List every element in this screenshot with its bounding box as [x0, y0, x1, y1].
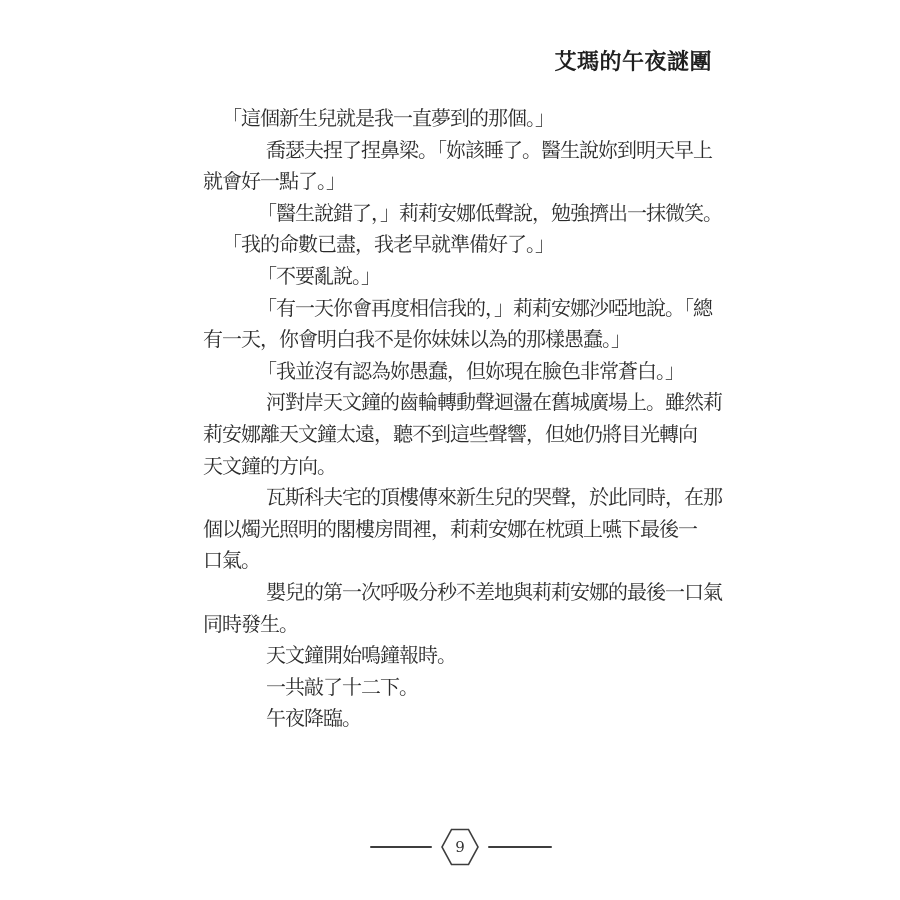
text-line: 河對岸天文鐘的齒輪轉動聲迴盪在舊城廣場上。雖然莉 [203, 387, 743, 419]
text-line: 瓦斯科夫宅的頂樓傳來新生兒的哭聲，於此同時，在那 [203, 482, 743, 514]
page-footer: 9 [370, 827, 552, 867]
text-line: 莉安娜離天文鐘太遠，聽不到這些聲響，但她仍將目光轉向 [203, 419, 743, 451]
text-line: 午夜降臨。 [203, 703, 743, 735]
text-line: 就會好一點了。」 [203, 166, 743, 198]
text-line: 「我的命數已盡，我老早就準備好了。」 [203, 229, 743, 261]
text-line: 天文鐘的方向。 [203, 451, 743, 483]
book-page: 艾瑪的午夜謎團 「這個新生兒就是我一直夢到的那個。」 喬瑟夫捏了捏鼻梁。「妳該睡… [0, 0, 900, 900]
text-line: 口氣。 [203, 545, 743, 577]
text-line: 一共敲了十二下。 [203, 672, 743, 704]
text-line: 有一天，你會明白我不是你妹妹以為的那樣愚蠢。」 [203, 324, 743, 356]
text-line: 「這個新生兒就是我一直夢到的那個。」 [203, 103, 743, 135]
text-line: 個以燭光照明的閣樓房間裡，莉莉安娜在枕頭上嚥下最後一 [203, 514, 743, 546]
page-body-text: 「這個新生兒就是我一直夢到的那個。」 喬瑟夫捏了捏鼻梁。「妳該睡了。醫生說妳到明… [203, 103, 743, 735]
text-line: 「不要亂說。」 [203, 261, 743, 293]
page-number-badge: 9 [440, 827, 480, 867]
text-line: 「醫生說錯了，」莉莉安娜低聲說，勉強擠出一抹微笑。 [203, 198, 743, 230]
text-line: 嬰兒的第一次呼吸分秒不差地與莉莉安娜的最後一口氣 [203, 577, 743, 609]
text-line: 天文鐘開始鳴鐘報時。 [203, 640, 743, 672]
chapter-title: 艾瑪的午夜謎團 [0, 45, 712, 76]
text-line: 喬瑟夫捏了捏鼻梁。「妳該睡了。醫生說妳到明天早上 [203, 135, 743, 167]
page-number: 9 [440, 827, 480, 867]
text-line: 「有一天你會再度相信我的，」莉莉安娜沙啞地說。「總 [203, 293, 743, 325]
footer-rule-right [488, 846, 552, 849]
text-line: 「我並沒有認為妳愚蠢，但妳現在臉色非常蒼白。」 [203, 356, 743, 388]
footer-rule-left [370, 846, 432, 849]
text-line: 同時發生。 [203, 609, 743, 641]
